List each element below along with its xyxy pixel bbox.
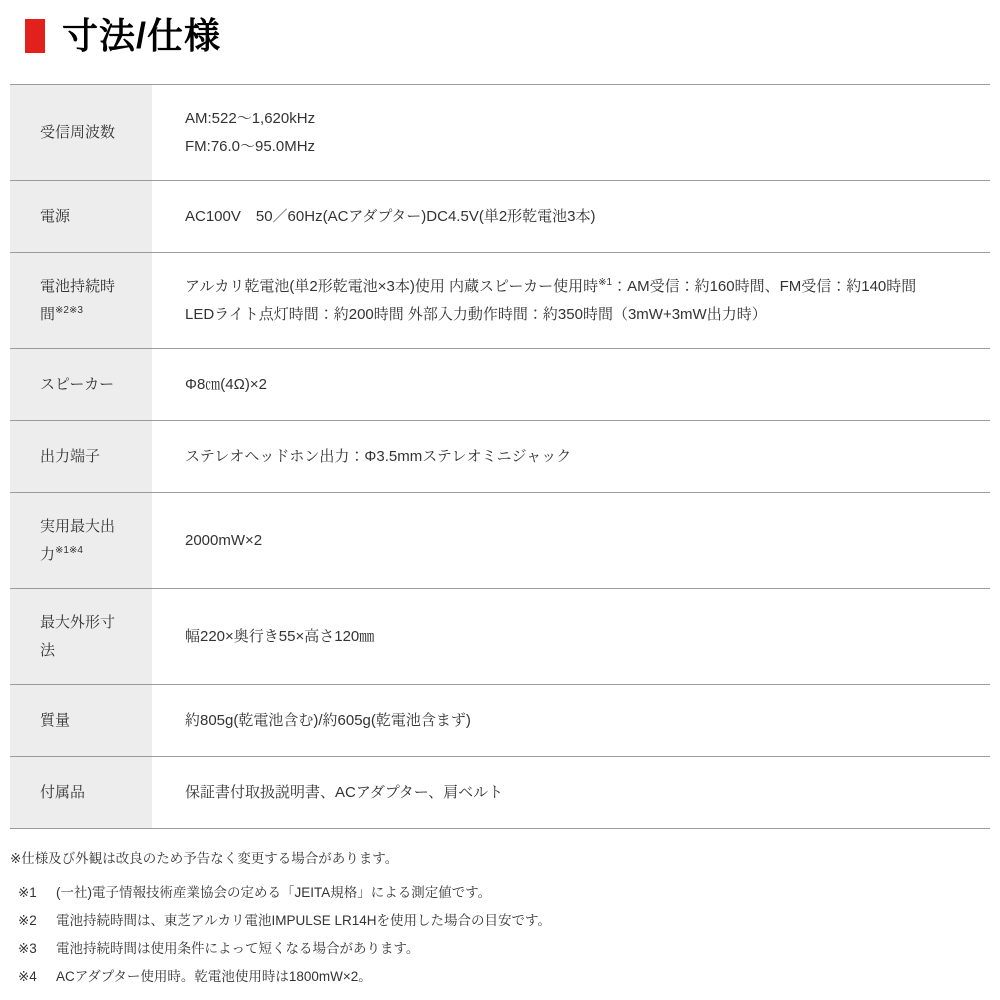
row-value: ステレオヘッドホン出力：Φ3.5mmステレオミニジャック [152, 421, 990, 492]
value-line: 2000mW×2 [185, 527, 966, 555]
footnote-text: 電池持続時間は使用条件によって短くなる場合があります。 [56, 939, 990, 958]
footnote-marker: ※4 [18, 967, 56, 986]
footnote-item-2: ※2 電池持続時間は、東芝アルカリ電池IMPULSE LR14Hを使用した場合の… [10, 911, 990, 930]
footnote-ref: ※2※3 [55, 305, 83, 316]
row-value: 幅220×奥行き55×高さ120㎜ [152, 589, 990, 684]
row-value: アルカリ乾電池(単2形乾電池×3本)使用 内蔵スピーカー使用時※1：AM受信：約… [152, 253, 990, 348]
footnote-marker: ※1 [18, 883, 56, 902]
footnote-ref: ※1※4 [55, 545, 83, 556]
value-line: AC100V 50／60Hz(ACアダプター)DC4.5V(単2形乾電池3本) [185, 203, 966, 231]
value-line: Φ8㎝(4Ω)×2 [185, 371, 966, 399]
table-row-battery-life: 電池持続時間※2※3 アルカリ乾電池(単2形乾電池×3本)使用 内蔵スピーカー使… [10, 253, 990, 349]
row-value: Φ8㎝(4Ω)×2 [152, 349, 990, 420]
row-value: 保証書付取扱説明書、ACアダプター、肩ベルト [152, 757, 990, 828]
value-line: 約805g(乾電池含む)/約605g(乾電池含まず) [185, 707, 966, 735]
footnote-text: (一社)電子情報技術産業協会の定める「JEITA規格」による測定値です。 [56, 883, 990, 902]
value-line: LEDライト点灯時間：約200時間 外部入力動作時間：約350時間（3mW+3m… [185, 301, 966, 329]
table-row-output-terminal: 出力端子 ステレオヘッドホン出力：Φ3.5mmステレオミニジャック [10, 421, 990, 493]
row-label: 最大外形寸法 [10, 589, 152, 684]
row-label: 付属品 [10, 757, 152, 828]
row-value: 2000mW×2 [152, 493, 990, 588]
value-line: 幅220×奥行き55×高さ120㎜ [185, 623, 966, 651]
page-title: 寸法/仕様 [62, 18, 221, 54]
row-label: 質量 [10, 685, 152, 756]
row-value: AM:522～1,620kHz FM:76.0～95.0MHz [152, 85, 990, 180]
table-row-dimensions: 最大外形寸法 幅220×奥行き55×高さ120㎜ [10, 589, 990, 685]
spec-table: 受信周波数 AM:522～1,620kHz FM:76.0～95.0MHz 電源… [10, 84, 990, 829]
table-row-max-output: 実用最大出力※1※4 2000mW×2 [10, 493, 990, 589]
table-row-power-source: 電源 AC100V 50／60Hz(ACアダプター)DC4.5V(単2形乾電池3… [10, 181, 990, 253]
red-square-icon [25, 19, 45, 53]
row-label: 電池持続時間※2※3 [10, 253, 152, 348]
row-value: AC100V 50／60Hz(ACアダプター)DC4.5V(単2形乾電池3本) [152, 181, 990, 252]
row-label: 実用最大出力※1※4 [10, 493, 152, 588]
row-label: 受信周波数 [10, 85, 152, 180]
table-row-weight: 質量 約805g(乾電池含む)/約605g(乾電池含まず) [10, 685, 990, 757]
footnote-item-3: ※3 電池持続時間は使用条件によって短くなる場合があります。 [10, 939, 990, 958]
value-line: ステレオヘッドホン出力：Φ3.5mmステレオミニジャック [185, 443, 966, 471]
value-line: 保証書付取扱説明書、ACアダプター、肩ベルト [185, 779, 966, 807]
footnote-marker: ※2 [18, 911, 56, 930]
footnote-ref: ※1 [598, 277, 612, 288]
footnotes: ※仕様及び外観は改良のため予告なく変更する場合があります。 ※1 (一社)電子情… [10, 849, 990, 986]
footnote-item-1: ※1 (一社)電子情報技術産業協会の定める「JEITA規格」による測定値です。 [10, 883, 990, 902]
table-row-speaker: スピーカー Φ8㎝(4Ω)×2 [10, 349, 990, 421]
footnote-text: 電池持続時間は、東芝アルカリ電池IMPULSE LR14Hを使用した場合の目安で… [56, 911, 990, 930]
value-line: FM:76.0～95.0MHz [185, 133, 966, 161]
row-label: 電源 [10, 181, 152, 252]
table-row-accessories: 付属品 保証書付取扱説明書、ACアダプター、肩ベルト [10, 757, 990, 829]
section-title-bar: 寸法/仕様 [25, 16, 1000, 56]
footnote-marker: ※3 [18, 939, 56, 958]
row-label: 出力端子 [10, 421, 152, 492]
footnote-item-4: ※4 ACアダプター使用時。乾電池使用時は1800mW×2。 [10, 967, 990, 986]
footnote-general: ※仕様及び外観は改良のため予告なく変更する場合があります。 [10, 849, 990, 869]
spec-page: 寸法/仕様 受信周波数 AM:522～1,620kHz FM:76.0～95.0… [0, 0, 1000, 1000]
row-label: スピーカー [10, 349, 152, 420]
value-line: AM:522～1,620kHz [185, 105, 966, 133]
footnote-text: ACアダプター使用時。乾電池使用時は1800mW×2。 [56, 967, 990, 986]
row-value: 約805g(乾電池含む)/約605g(乾電池含まず) [152, 685, 990, 756]
table-row-reception-frequency: 受信周波数 AM:522～1,620kHz FM:76.0～95.0MHz [10, 85, 990, 181]
value-line: アルカリ乾電池(単2形乾電池×3本)使用 内蔵スピーカー使用時※1：AM受信：約… [185, 273, 966, 301]
